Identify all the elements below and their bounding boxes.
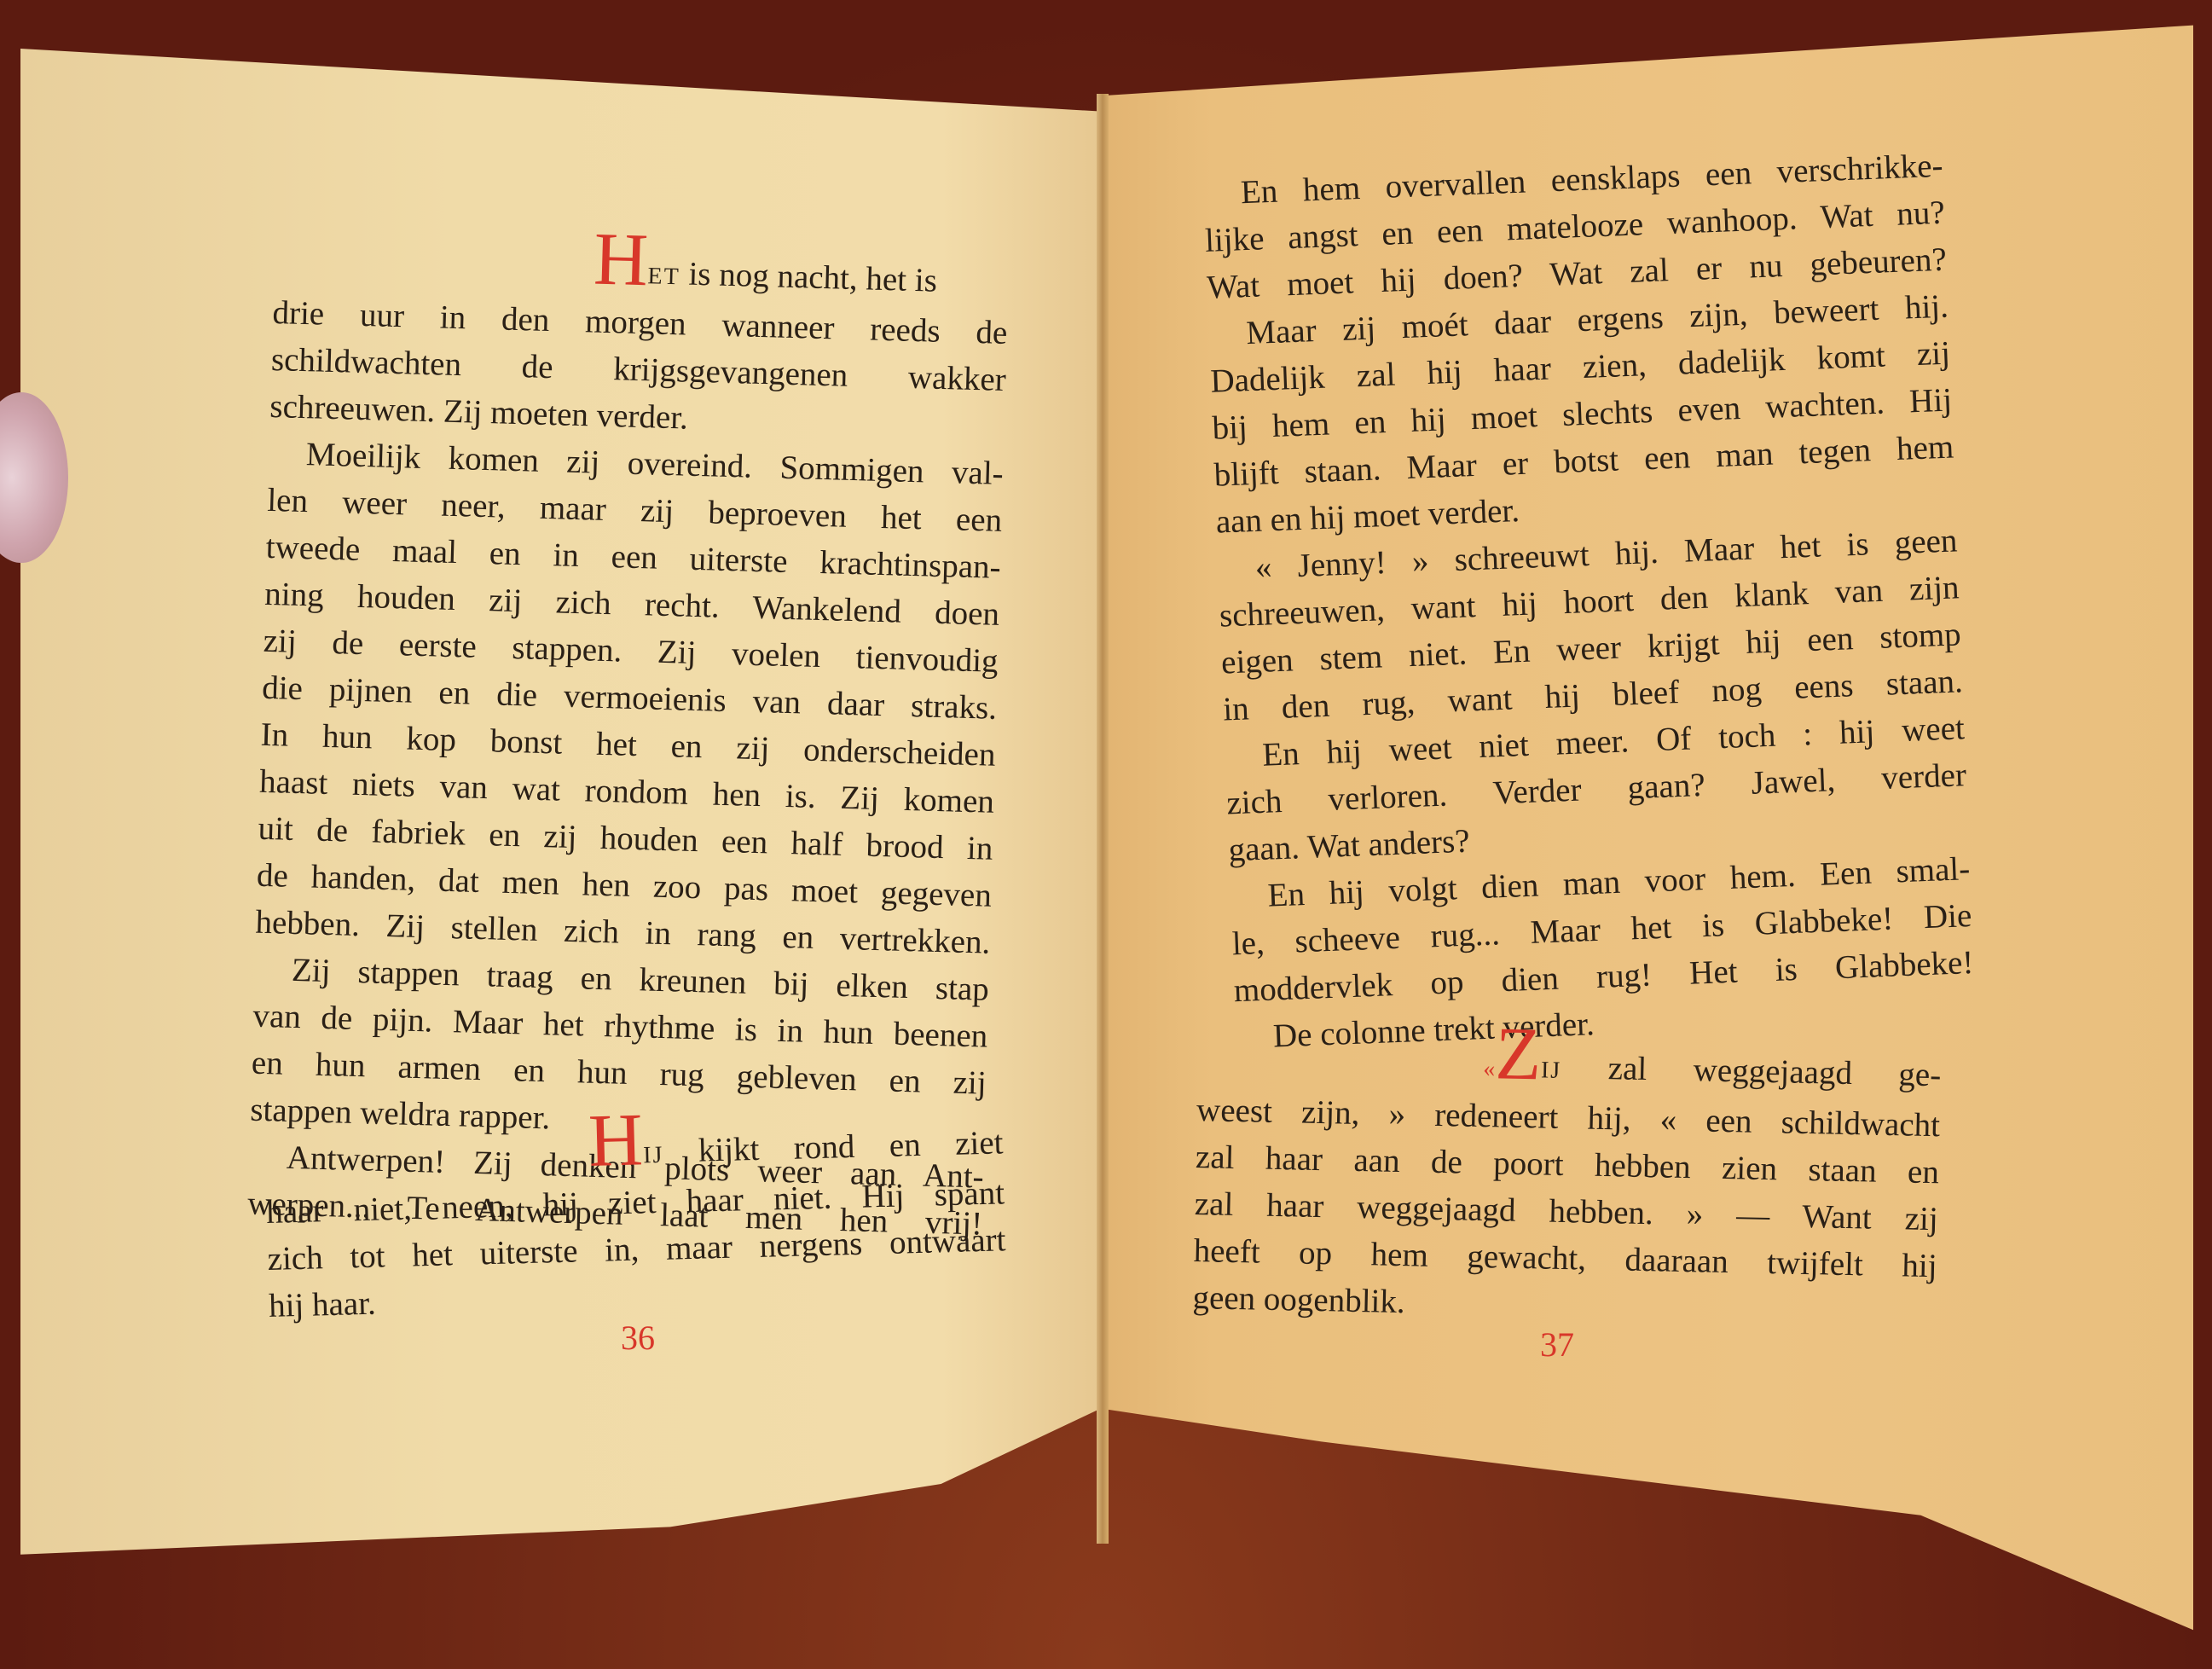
smallcaps: IJ <box>643 1142 664 1169</box>
right-page-section-1: En hem overvallen eensklaps een verschri… <box>1202 142 1976 1062</box>
text-line: kijkt rond en ziet <box>663 1124 1004 1169</box>
text-line: is nog nacht, het is <box>680 255 937 298</box>
smallcaps: ET <box>647 263 680 290</box>
drop-cap: Z <box>1495 1012 1543 1096</box>
open-quote: « <box>1483 1056 1496 1082</box>
page-number-left: 36 <box>621 1318 655 1358</box>
left-page-section-2: HIJ kijkt rond en ziet haar niet, neen, … <box>264 1119 1008 1330</box>
left-page-section-1: HET is nog nacht, het is drie uur in den… <box>247 239 1010 1248</box>
book-spine <box>1097 94 1109 1544</box>
drop-cap: H <box>593 217 649 302</box>
right-page-section-2: «ZIJ zal weggejaagd ge- weest zijn, » re… <box>1192 1036 1942 1336</box>
text-line: zal weggejaagd ge- <box>1561 1049 1942 1093</box>
smallcaps: IJ <box>1541 1057 1562 1084</box>
drop-cap: H <box>588 1098 644 1183</box>
page-number-right: 37 <box>1540 1324 1574 1365</box>
